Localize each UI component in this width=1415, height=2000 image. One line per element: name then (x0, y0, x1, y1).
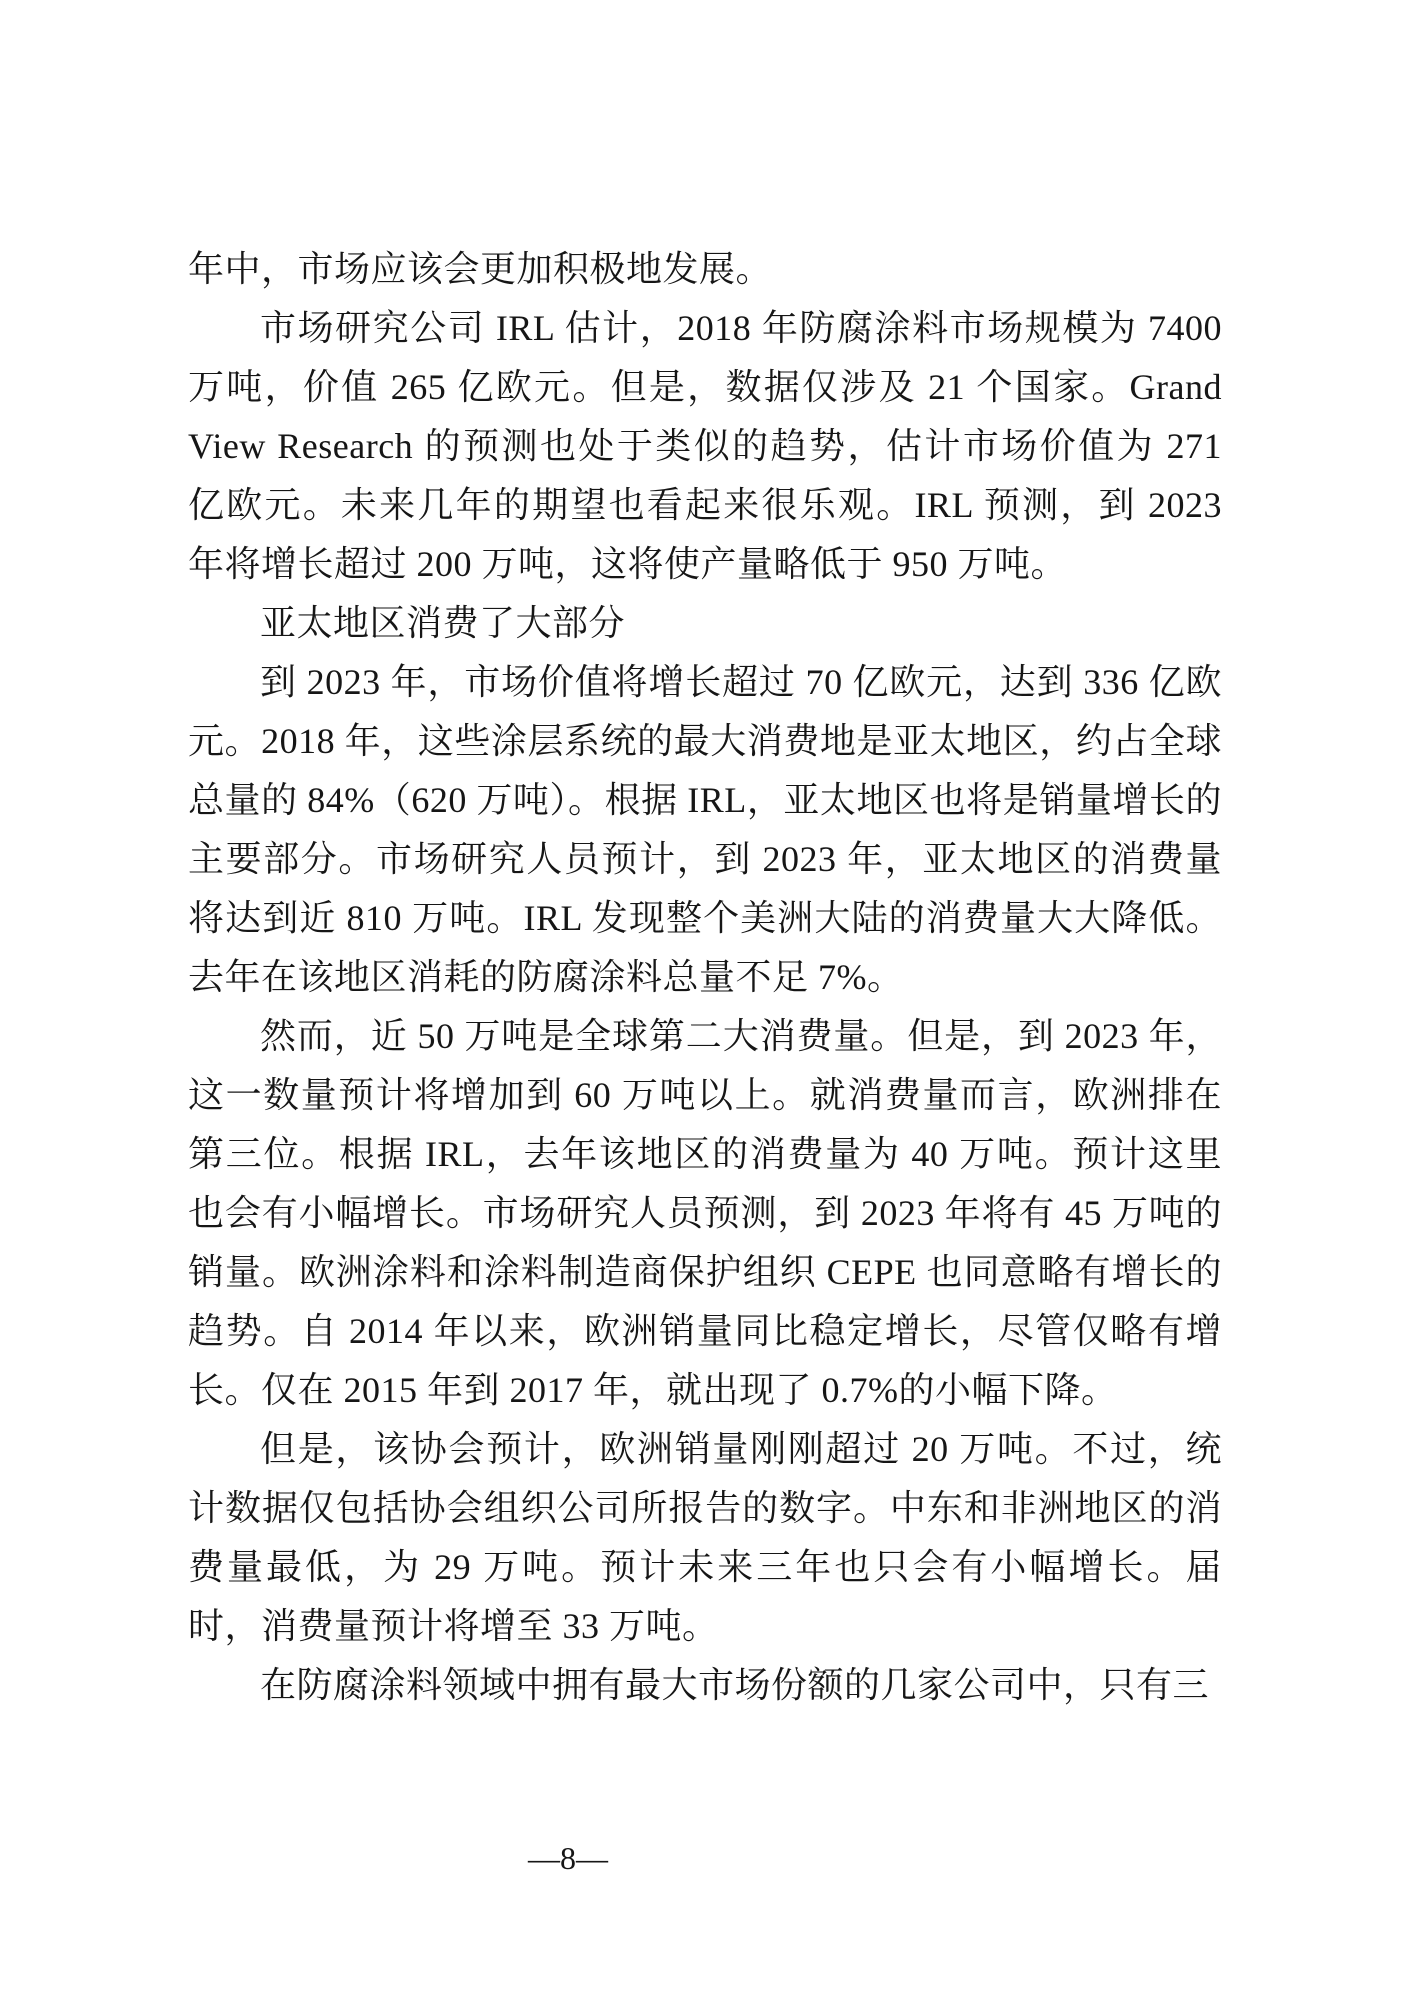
document-page: 年中，市场应该会更加积极地发展。市场研究公司 IRL 估计，2018 年防腐涂料… (0, 0, 1415, 2000)
paragraph: 到 2023 年，市场价值将增长超过 70 亿欧元，达到 336 亿欧元。201… (188, 653, 1222, 1007)
paragraph: 亚太地区消费了大部分 (188, 594, 1222, 653)
paragraph: 年中，市场应该会更加积极地发展。 (188, 240, 1222, 299)
paragraph: 但是，该协会预计，欧洲销量刚刚超过 20 万吨。不过，统计数据仅包括协会组织公司… (188, 1420, 1222, 1656)
paragraph: 然而，近 50 万吨是全球第二大消费量。但是，到 2023 年，这一数量预计将增… (188, 1007, 1222, 1420)
paragraph: 市场研究公司 IRL 估计，2018 年防腐涂料市场规模为 7400 万吨，价值… (188, 299, 1222, 594)
document-body: 年中，市场应该会更加积极地发展。市场研究公司 IRL 估计，2018 年防腐涂料… (188, 240, 1222, 1715)
paragraph: 在防腐涂料领域中拥有最大市场份额的几家公司中，只有三 (188, 1656, 1222, 1715)
page-number: —8— (508, 1838, 628, 1878)
